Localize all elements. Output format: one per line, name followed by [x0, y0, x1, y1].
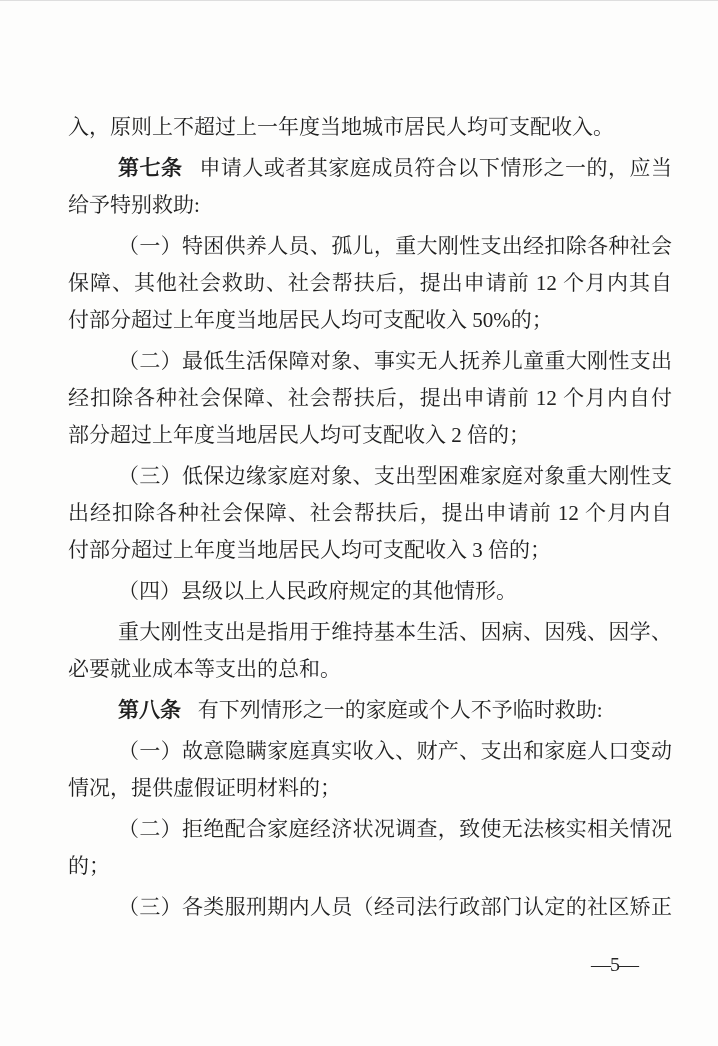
text-line: （四）县级以上人民政府规定的其他情形。: [68, 573, 672, 610]
text-line: 情况，提供虚假证明材料的；: [68, 770, 672, 807]
text-line: 第八条有下列情形之一的家庭或个人不予临时救助:: [68, 692, 672, 729]
page-number: —5—: [591, 953, 638, 977]
article-heading: 第八条: [118, 698, 181, 722]
text-line: （二）最低生活保障对象、事实无人抚养儿童重大刚性支出: [68, 343, 672, 380]
paragraph: （一）特困供养人员、孤儿，重大刚性支出经扣除各种社会保障、其他社会救助、社会帮扶…: [68, 228, 672, 339]
text-line: 重大刚性支出是指用于维持基本生活、因病、因残、因学、: [68, 614, 672, 651]
text-line: 的；: [68, 848, 672, 885]
text-line: （二）拒绝配合家庭经济状况调查，致使无法核实相关情况: [68, 811, 672, 848]
text-line: 部分超过上年度当地居民人均可支配收入 2 倍的；: [68, 417, 672, 454]
paragraph: （四）县级以上人民政府规定的其他情形。: [68, 573, 672, 610]
paragraph: （二）最低生活保障对象、事实无人抚养儿童重大刚性支出经扣除各种社会保障、社会帮扶…: [68, 343, 672, 454]
paragraph: 入，原则上不超过上一年度当地城市居民人均可支配收入。: [68, 109, 672, 146]
text-line: 必要就业成本等支出的总和。: [68, 651, 672, 688]
document-body: 入，原则上不超过上一年度当地城市居民人均可支配收入。第七条申请人或者其家庭成员符…: [68, 109, 672, 930]
text-line: （三）各类服刑期内人员（经司法行政部门认定的社区矫正: [68, 889, 672, 926]
paragraph: 第七条申请人或者其家庭成员符合以下情形之一的，应当给予特别救助:: [68, 150, 672, 224]
text-line: 入，原则上不超过上一年度当地城市居民人均可支配收入。: [68, 109, 672, 146]
article-heading: 第七条: [118, 156, 183, 180]
text-line: 经扣除各种社会保障、社会帮扶后，提出申请前 12 个月内自付: [68, 380, 672, 417]
paragraph: 重大刚性支出是指用于维持基本生活、因病、因残、因学、必要就业成本等支出的总和。: [68, 614, 672, 688]
scan-edge-artifact: [0, 0, 718, 1]
text-line: 第七条申请人或者其家庭成员符合以下情形之一的，应当: [68, 150, 672, 187]
paragraph: （三）各类服刑期内人员（经司法行政部门认定的社区矫正: [68, 889, 672, 926]
paragraph: （二）拒绝配合家庭经济状况调查，致使无法核实相关情况的；: [68, 811, 672, 885]
text-line: 付部分超过上年度当地居民人均可支配收入 3 倍的；: [68, 532, 672, 569]
text-line: （一）故意隐瞒家庭真实收入、财产、支出和家庭人口变动: [68, 733, 672, 770]
text-line: 付部分超过上年度当地居民人均可支配收入 50%的；: [68, 302, 672, 339]
text-line: 出经扣除各种社会保障、社会帮扶后，提出申请前 12 个月内自: [68, 495, 672, 532]
paragraph: （一）故意隐瞒家庭真实收入、财产、支出和家庭人口变动情况，提供虚假证明材料的；: [68, 733, 672, 807]
text-line: （一）特困供养人员、孤儿，重大刚性支出经扣除各种社会: [68, 228, 672, 265]
text-line: 保障、其他社会救助、社会帮扶后，提出申请前 12 个月内其自: [68, 265, 672, 302]
paragraph: 第八条有下列情形之一的家庭或个人不予临时救助:: [68, 692, 672, 729]
text-line: （三）低保边缘家庭对象、支出型困难家庭对象重大刚性支: [68, 458, 672, 495]
text-line: 给予特别救助:: [68, 187, 672, 224]
paragraph: （三）低保边缘家庭对象、支出型困难家庭对象重大刚性支出经扣除各种社会保障、社会帮…: [68, 458, 672, 569]
